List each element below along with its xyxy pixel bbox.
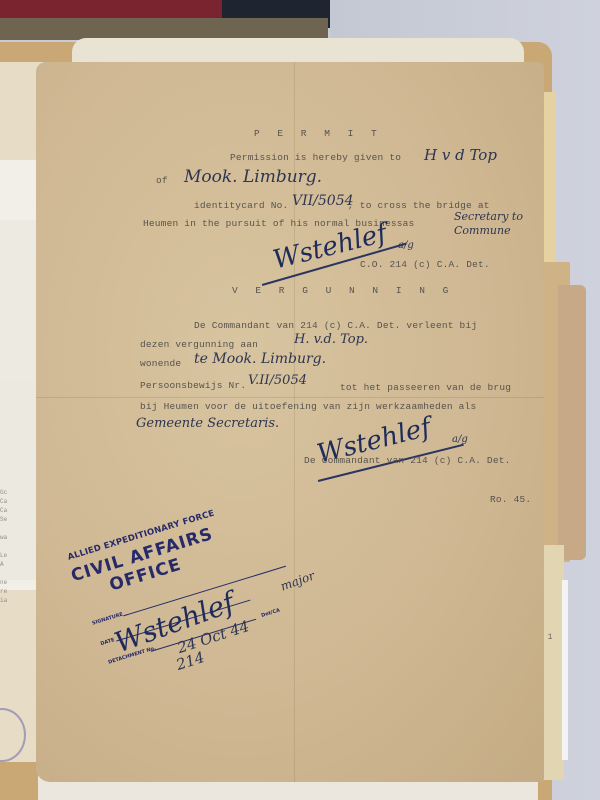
fold-crease bbox=[36, 397, 544, 398]
permit-name-handwritten: H v d Top bbox=[424, 146, 497, 164]
vergunning-residence-handwritten: te Mook. Limburg. bbox=[194, 351, 326, 367]
permit-line1: Permission is hereby given to bbox=[230, 152, 401, 163]
white-sheet-edge bbox=[562, 580, 568, 760]
red-book-spine bbox=[0, 0, 222, 20]
permit-occupation-handwritten: Secretary to Commune bbox=[454, 210, 524, 238]
vergunning-id-number: V.II/5054 bbox=[248, 373, 307, 388]
vergunning-line1: De Commandant van 214 (c) C.A. Det. verl… bbox=[194, 320, 477, 331]
vergunning-line4-rest: tot het passeeren van de brug bbox=[340, 382, 511, 393]
permit-idcard-number: VII/5054 bbox=[292, 193, 354, 209]
permit-signatory: C.O. 214 (c) C.A. Det. bbox=[360, 259, 490, 270]
permit-of-label: of bbox=[156, 175, 168, 186]
vergunning-line5: bij Heumen voor de uitoefening van zijn … bbox=[140, 401, 476, 412]
vergunning-name-handwritten: H. v.d. Top. bbox=[294, 332, 368, 347]
right-folder-tab bbox=[558, 285, 586, 560]
vergunning-line2: dezen vergunning aan bbox=[140, 339, 258, 350]
vergunning-id-label: Persoonsbewijs Nr. bbox=[140, 380, 246, 391]
vergunning-occupation-handwritten: Gemeente Secretaris. bbox=[136, 416, 279, 431]
faint-text: GcCaCaSewaLeAnereia bbox=[0, 488, 20, 605]
permit-idcard-label: identitycard No. bbox=[194, 200, 288, 211]
vergunning-line3: wonende bbox=[140, 358, 181, 369]
vergunning-signatory: De Commandant van 214 (c) C.A. Det. bbox=[304, 455, 511, 466]
permit-title: P E R M I T bbox=[254, 128, 383, 139]
vergunning-signature-suffix: a/g bbox=[452, 434, 468, 445]
book-edge bbox=[0, 18, 328, 40]
reference-number: Ro. 45. bbox=[490, 494, 531, 505]
vergunning-title: V E R G U N N I N G bbox=[232, 285, 454, 296]
permit-town-handwritten: Mook. Limburg. bbox=[184, 167, 322, 187]
permit-document: P E R M I T Permission is hereby given t… bbox=[36, 62, 544, 782]
stamp-detachment-suffix: Det/CA bbox=[261, 607, 281, 618]
